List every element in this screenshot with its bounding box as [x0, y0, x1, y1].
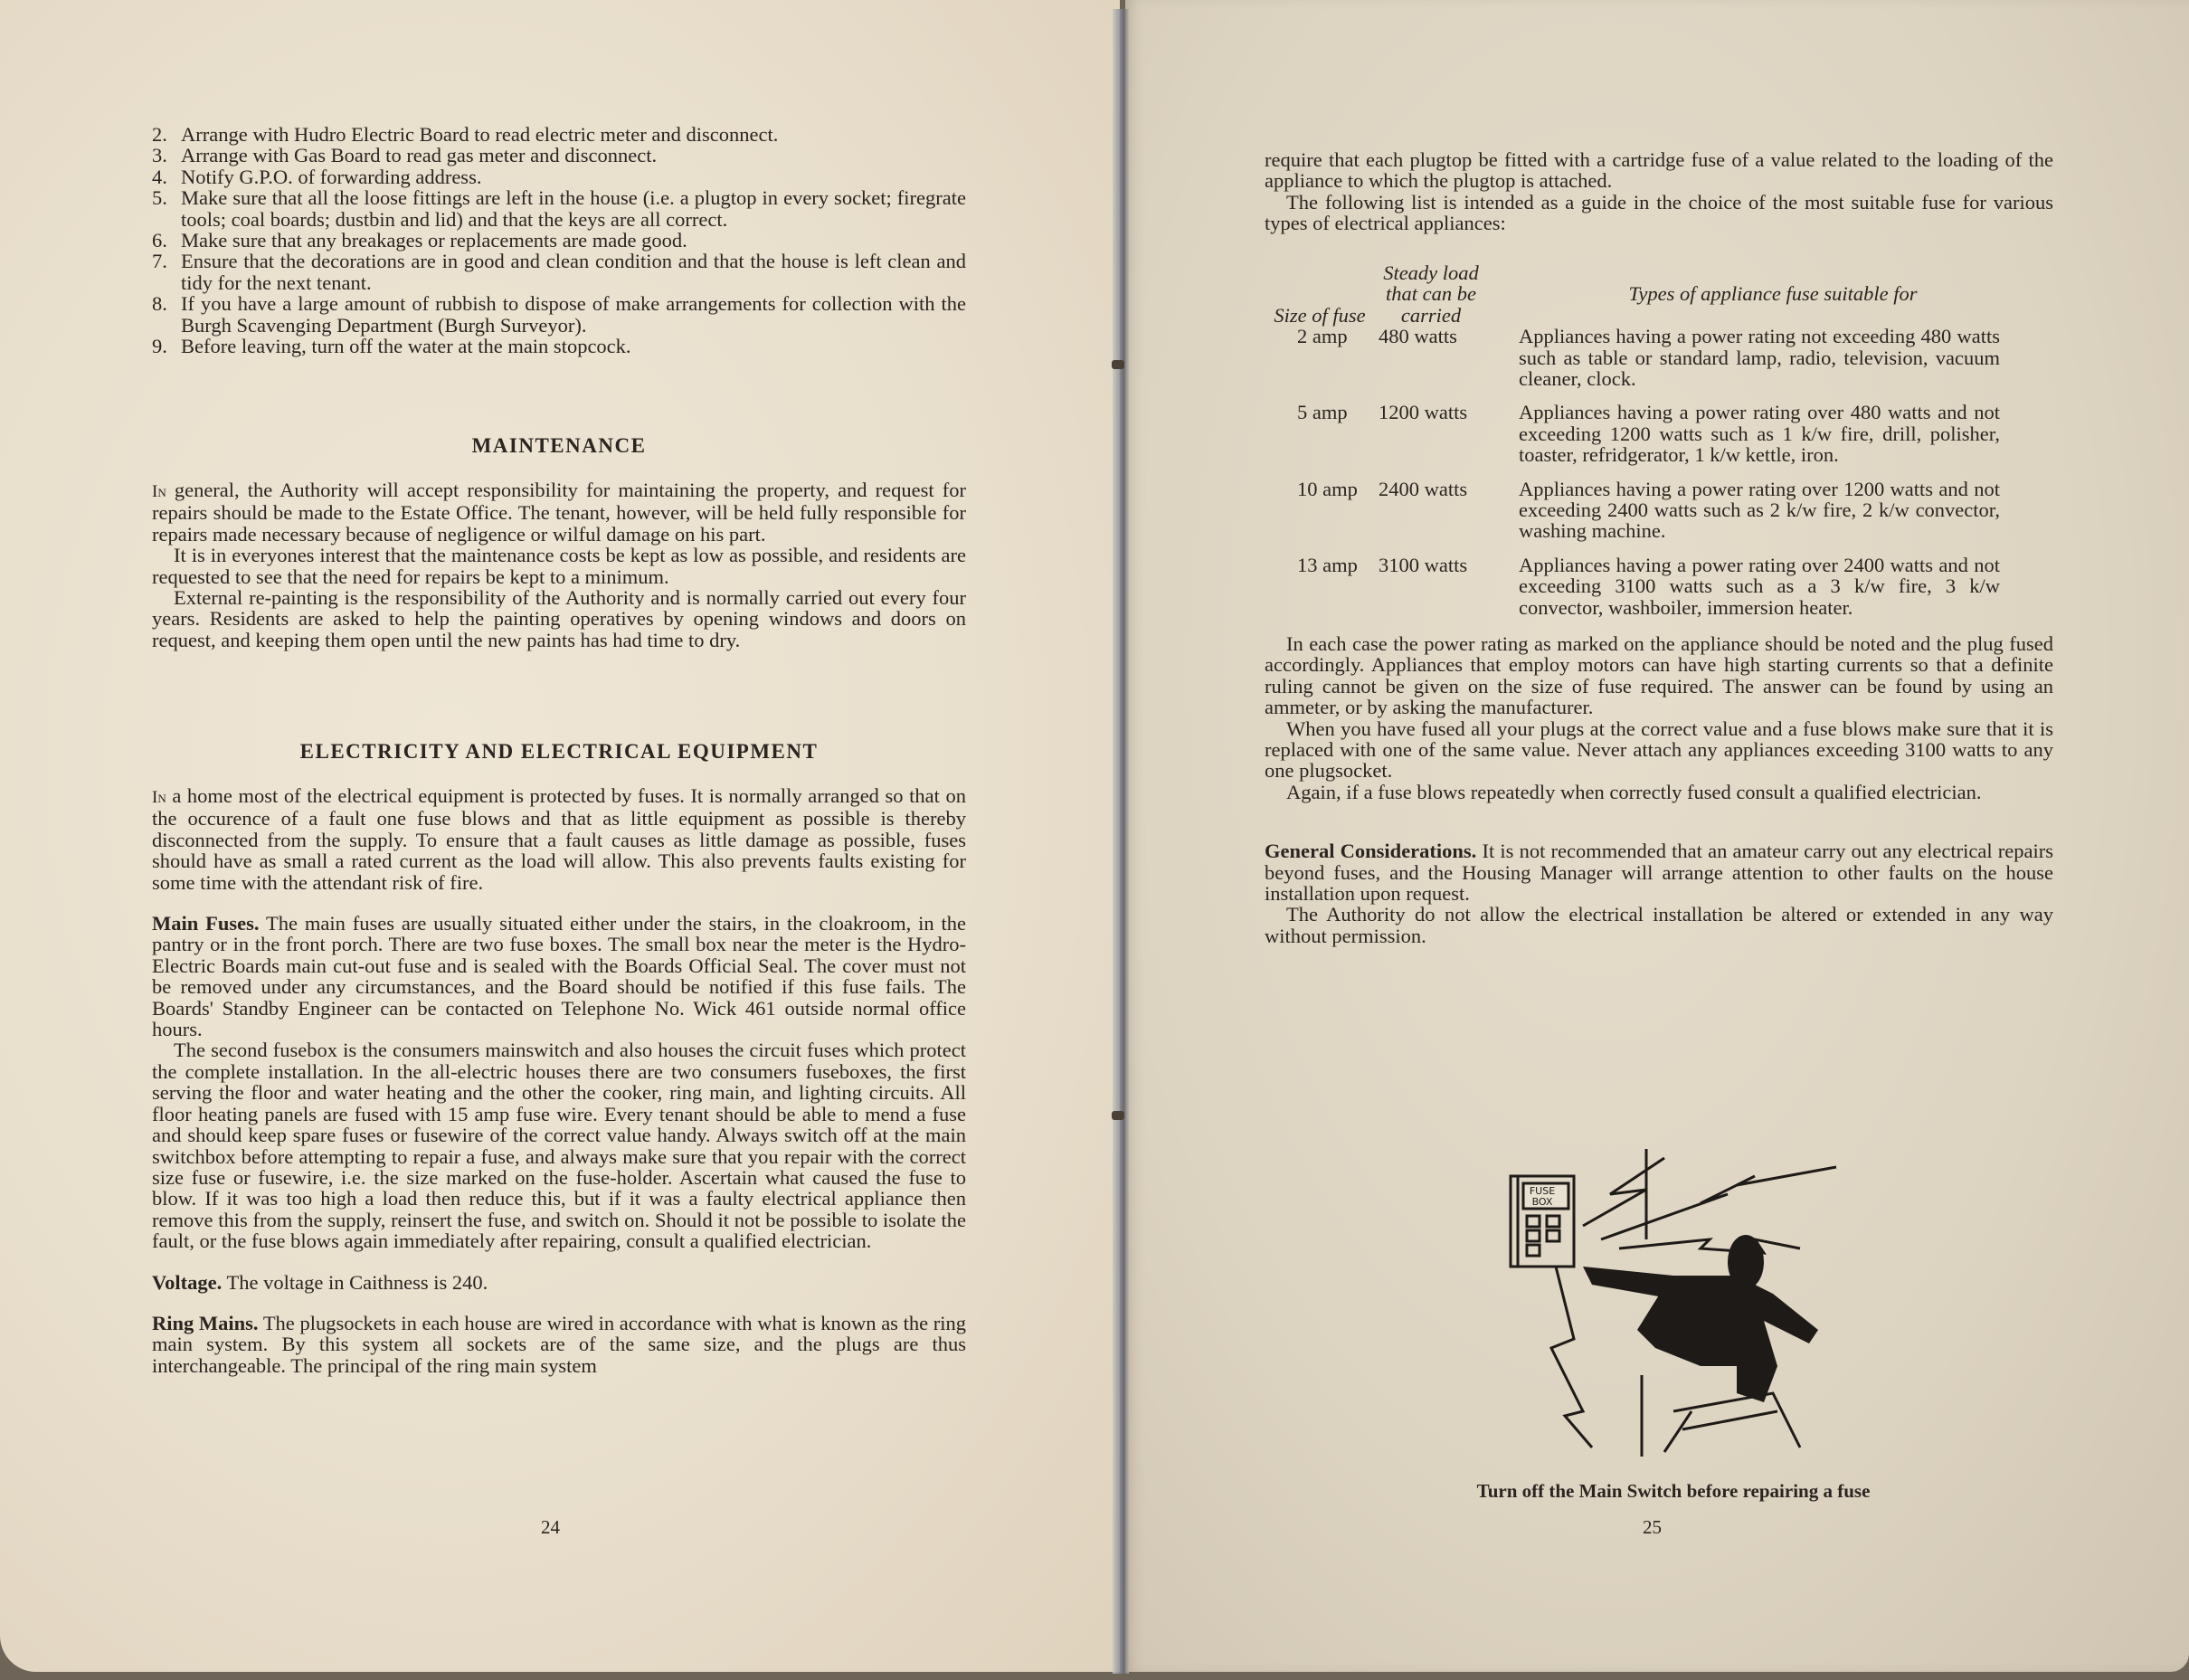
- voltage-paragraph: Voltage. The voltage in Caithness is 240…: [152, 1272, 966, 1293]
- header-types: Types of appliance fuse suitable for: [1485, 283, 2061, 326]
- fuse-types: Appliances having a power rating not exc…: [1519, 326, 2000, 389]
- checklist-item: 5.Make sure that all the loose fittings …: [152, 187, 966, 230]
- fuse-guidance: In each case the power rating as marked …: [1265, 633, 2053, 946]
- checklist-text: Make sure that all the loose fittings ar…: [181, 187, 966, 230]
- fuse-load: 1200 watts: [1379, 402, 1514, 465]
- fuse-load: 480 watts: [1379, 326, 1514, 389]
- fuse-size: 13 amp: [1265, 555, 1379, 618]
- fuse-load: 2400 watts: [1379, 479, 1514, 542]
- checklist-text: Arrange with Gas Board to read gas meter…: [181, 145, 966, 166]
- checklist-text: Before leaving, turn off the water at th…: [181, 336, 966, 356]
- checklist-text: Ensure that the decorations are in good …: [181, 251, 966, 293]
- checklist-item: 6.Make sure that any breakages or replac…: [152, 230, 966, 251]
- electricity-section: In a home most of the electrical equipme…: [152, 785, 966, 1376]
- fuse-table-row: 2 amp480 wattsAppliances having a power …: [1265, 326, 2061, 389]
- maintenance-paragraph: It is in everyones interest that the mai…: [152, 545, 966, 587]
- checklist-text: Make sure that any breakages or replacem…: [181, 230, 966, 251]
- electricity-heading: ELECTRICITY AND ELECTRICAL EQUIPMENT: [152, 740, 966, 764]
- fuse-size: 10 amp: [1265, 479, 1379, 542]
- checklist-number: 2.: [152, 124, 181, 145]
- illustration-caption: Turn off the Main Switch before repairin…: [1357, 1480, 1990, 1503]
- checklist-item: 4.Notify G.P.O. of forwarding address.: [152, 166, 966, 187]
- main-fuses-paragraph-2: The second fusebox is the consumers main…: [152, 1039, 966, 1251]
- checklist-item: 7.Ensure that the decorations are in goo…: [152, 251, 966, 293]
- staple-icon: [1112, 360, 1124, 369]
- checklist-text: Arrange with Hudro Electric Board to rea…: [181, 124, 966, 145]
- page-number-right: 25: [1643, 1516, 1662, 1539]
- checklist-item: 2.Arrange with Hudro Electric Board to r…: [152, 124, 966, 145]
- checklist-number: 6.: [152, 230, 181, 251]
- checklist-number: 3.: [152, 145, 181, 166]
- staple-icon: [1112, 1111, 1124, 1120]
- header-size: Size of fuse: [1265, 305, 1369, 326]
- checklist-item: 9.Before leaving, turn off the water at …: [152, 336, 966, 356]
- checklist-text: Notify G.P.O. of forwarding address.: [181, 166, 966, 187]
- maintenance-heading: MAINTENANCE: [152, 434, 966, 458]
- fuse-size: 5 amp: [1265, 402, 1379, 465]
- page-number-left: 24: [541, 1516, 560, 1539]
- checklist-number: 5.: [152, 187, 181, 230]
- checklist-number: 9.: [152, 336, 181, 356]
- fuse-shock-illustration: FUSE BOX: [1465, 1140, 1881, 1466]
- ring-mains-paragraph: Ring Mains. The plugsockets in each hous…: [152, 1313, 966, 1376]
- svg-text:BOX: BOX: [1532, 1196, 1553, 1208]
- fuse-table: Size of fuse Steady load that can be car…: [1265, 262, 2061, 631]
- general-considerations: General Considerations. It is not recomm…: [1265, 840, 2053, 904]
- fuse-load: 3100 watts: [1379, 555, 1514, 618]
- electricity-intro: In a home most of the electrical equipme…: [152, 785, 966, 893]
- fuse-table-header: Size of fuse Steady load that can be car…: [1265, 262, 2061, 326]
- fuse-types: Appliances having a power rating over 48…: [1519, 402, 2000, 465]
- main-fuses-paragraph: Main Fuses. The main fuses are usually s…: [152, 913, 966, 1039]
- maintenance-paragraph: External re-painting is the responsibili…: [152, 587, 966, 650]
- right-page-intro: require that each plugtop be fitted with…: [1265, 149, 2053, 234]
- checklist-number: 8.: [152, 293, 181, 336]
- maintenance-paragraph: In general, the Authority will accept re…: [152, 479, 966, 545]
- fuse-table-row: 13 amp3100 wattsAppliances having a powe…: [1265, 555, 2061, 618]
- fuse-table-row: 10 amp2400 wattsAppliances having a powe…: [1265, 479, 2061, 542]
- fuse-table-row: 5 amp1200 wattsAppliances having a power…: [1265, 402, 2061, 465]
- checklist-number: 4.: [152, 166, 181, 187]
- checklist-item: 8.If you have a large amount of rubbish …: [152, 293, 966, 336]
- moving-out-checklist: 2.Arrange with Hudro Electric Board to r…: [152, 124, 966, 356]
- fuse-types: Appliances having a power rating over 12…: [1519, 479, 2000, 542]
- header-load: Steady load that can be carried: [1377, 262, 1485, 326]
- checklist-text: If you have a large amount of rubbish to…: [181, 293, 966, 336]
- maintenance-section: In general, the Authority will accept re…: [152, 479, 966, 650]
- checklist-number: 7.: [152, 251, 181, 293]
- checklist-item: 3.Arrange with Gas Board to read gas met…: [152, 145, 966, 166]
- fuse-types: Appliances having a power rating over 24…: [1519, 555, 2000, 618]
- book-gutter: [1113, 9, 1129, 1674]
- fuse-size: 2 amp: [1265, 326, 1379, 389]
